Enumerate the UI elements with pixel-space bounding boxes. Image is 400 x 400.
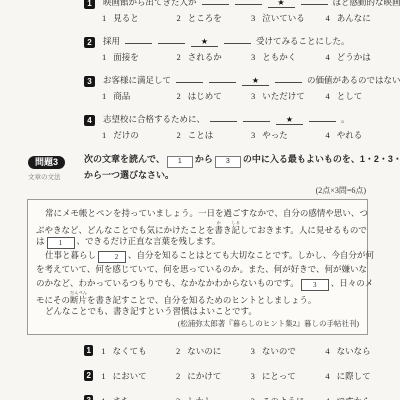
option-text: において	[113, 371, 147, 381]
option-number: 1	[102, 51, 106, 64]
option-number: 1	[101, 345, 105, 358]
stem-text: ほど感動的な映画なのだろう。	[333, 0, 400, 7]
option-4: 4に際して	[325, 370, 400, 383]
option-text: ともかく	[262, 52, 296, 62]
option-text: やった	[262, 130, 288, 140]
star-blank-line: ★	[191, 37, 218, 47]
option-text: このように	[262, 396, 305, 400]
options-row: 1だけの2ことは3やった4やれる	[84, 129, 400, 142]
option-3: 3ないので	[251, 345, 326, 358]
question-stem: 4志望校に合格するために、★。	[84, 112, 400, 125]
instruction-text: の中に入る最もよいものを、1・2・3・4	[243, 154, 400, 164]
option-1: 1なくても	[101, 345, 176, 358]
passage-segment: を考えていて、何を感じていて、何を思っているのか。また、何が好きで、何が嫌いな	[36, 264, 367, 274]
options-row: 1面接を2されるか3ともかく4どうかは	[84, 51, 400, 64]
passage-segment: どんなことでも、書き記すという習慣はよいことです。	[45, 306, 257, 316]
passage-line: ぶやきなど、どんなことでも気にかけたことを書かき記しるしておきます。人に見せるも…	[36, 220, 359, 234]
blank-line	[301, 0, 328, 5]
question-number-badge: 4	[84, 115, 95, 126]
passage-segment: 、自分を知ることはとても大切なことです。しかし、今自分が何	[128, 250, 374, 260]
passage-line: モにその断片だんぺんを書き記すことで、自分を知るためのヒントとしましょう。	[36, 290, 359, 304]
question-number-badge: 2	[84, 370, 93, 381]
option-number: 2	[176, 345, 180, 358]
section3-header: 問題3 文章の文法 次の文章を読んで、1から3の中に入る最もよいものを、1・2・…	[28, 152, 400, 183]
passage-line: 常にメモ帳とペンを持っていましょう。一日を過ごすなかで、自分の感情や思い、つ	[36, 206, 359, 220]
option-text: ことは	[188, 130, 214, 140]
answer-row-2: 21において2にかけて3にとって4に際して	[84, 370, 400, 383]
option-text: 商品	[113, 91, 130, 101]
blank-line	[235, 0, 262, 5]
option-text: しかし	[187, 396, 213, 400]
option-number: 1	[102, 90, 106, 103]
option-text: あんなに	[337, 13, 371, 23]
grammar-question-list: 1映画館から出てきた人が★ほど感動的な映画なのだろう。1見ると2ところを3泣いて…	[0, 0, 400, 142]
options-row: 1商品2はじめて3いただけて4として	[84, 90, 400, 103]
grammar-question-4: 4志望校に合格するために、★。1だけの2ことは3やった4やれる	[84, 112, 400, 142]
furigana-word: 記しる	[232, 225, 241, 235]
option-number: 2	[177, 12, 181, 25]
question-number-badge: 2	[84, 37, 95, 48]
option-1: 1面接を	[102, 51, 177, 64]
option-text: として	[337, 91, 363, 101]
answer-row-1: 11なくても2ないのに3ないので4ないなら	[84, 345, 400, 358]
blank-line	[158, 34, 185, 44]
stem-text: 映画館から出てきた人が	[103, 0, 197, 7]
option-text: ないので	[262, 346, 296, 356]
option-number: 2	[177, 51, 181, 64]
option-number: 1	[102, 129, 106, 142]
option-4: 4あんなに	[326, 12, 400, 25]
blank-line	[202, 0, 229, 5]
option-text: いただけて	[262, 91, 305, 101]
option-number: 4	[325, 345, 329, 358]
question-number-badge: 3	[84, 76, 95, 87]
option-text: はじめて	[188, 91, 222, 101]
option-text: に際して	[337, 371, 371, 381]
option-number: 1	[102, 12, 106, 25]
passage-segment: 仕事と暮らし	[45, 250, 96, 260]
stem-text: 採用	[103, 36, 120, 46]
option-4: 4やれる	[326, 129, 400, 142]
option-3: 3にとって	[251, 370, 326, 383]
option-text: ところを	[188, 13, 222, 23]
option-text: ないのに	[187, 346, 221, 356]
option-number: 4	[326, 90, 330, 103]
stem-text: 。	[341, 114, 350, 124]
option-3: 3泣いている	[251, 12, 326, 25]
grammar-question-3: 3お客様に満足して★の価値があるのではないだろうか。1商品2はじめて3いただけて…	[84, 73, 400, 103]
question-stem: 2採用★受けてみることにした。	[84, 34, 400, 47]
option-4: 4ですから	[325, 395, 400, 400]
option-2: 2されるか	[177, 51, 252, 64]
option-number: 3	[251, 370, 255, 383]
option-number: 2	[177, 90, 181, 103]
instruction-text-line2: から一つ選びなさい。	[84, 170, 174, 180]
option-text: なくても	[113, 346, 147, 356]
option-number: 4	[325, 395, 329, 400]
option-number: 4	[326, 12, 330, 25]
inline-number-box-1: 1	[167, 156, 193, 168]
star-blank-line: ★	[242, 76, 269, 86]
option-number: 3	[251, 51, 255, 64]
question-stem: 3お客様に満足して★の価値があるのではないだろうか。	[84, 73, 400, 86]
inline-number-box-3: 3	[215, 156, 241, 168]
option-text: ないなら	[337, 346, 371, 356]
section3-instruction: 次の文章を読んで、1から3の中に入る最もよいものを、1・2・3・4 から一つ選び…	[84, 152, 400, 183]
option-3: 3ともかく	[251, 51, 326, 64]
option-1: 1において	[101, 370, 176, 383]
option-text: どうかは	[337, 52, 371, 62]
option-number: 1	[101, 370, 105, 383]
option-3: 3やった	[251, 129, 326, 142]
option-1: 1見ると	[102, 12, 177, 25]
option-number: 4	[325, 370, 329, 383]
option-1: 1だけの	[102, 129, 177, 142]
points-note: (2点×3問=6点)	[0, 185, 366, 196]
option-number: 1	[101, 395, 105, 400]
passage-box: 常にメモ帳とペンを持っていましょう。一日を過ごすなかで、自分の感情や思い、つぶや…	[27, 199, 368, 335]
passage-line: を考えていて、何を感じていて、何を思っているのか。また、何が好きで、何が嫌いな	[36, 262, 359, 276]
option-4: 4ないなら	[325, 345, 400, 358]
option-2: 2しかし	[176, 395, 251, 400]
blank-line	[176, 73, 203, 83]
answer-row-3: 31また2しかし3このように4ですから	[84, 395, 400, 400]
option-text: やれる	[337, 130, 363, 140]
option-2: 2ことは	[177, 129, 252, 142]
blank-line	[209, 73, 236, 83]
option-2: 2にかけて	[176, 370, 251, 383]
option-number: 3	[251, 345, 255, 358]
stem-text: の価値があるのではないだろうか。	[307, 75, 400, 85]
option-2: 2はじめて	[177, 90, 252, 103]
option-number: 3	[251, 395, 255, 400]
option-4: 4どうかは	[326, 51, 400, 64]
option-number: 3	[251, 90, 255, 103]
section3-sublabel: 文章の文法	[28, 172, 84, 181]
option-text: にかけて	[187, 371, 221, 381]
passage-citation: (松浦弥太郎著『暮らしのヒント集2』暮しの手帖社刊)	[36, 318, 359, 330]
passage-segment: 、日々のメ	[331, 278, 374, 288]
passage-line: のかなど、わかっているつもりでも、なかなかわからないものです。3、日々のメ	[36, 276, 359, 290]
star-blank-line: ★	[276, 115, 303, 125]
option-number: 4	[326, 129, 330, 142]
passage-segment: しておきます。人に見せるもので	[240, 225, 367, 235]
option-text: されるか	[188, 52, 222, 62]
option-3: 3このように	[251, 395, 326, 400]
stem-text: 志望校に合格するために、	[103, 114, 205, 124]
question-number-badge: 1	[84, 345, 93, 356]
passage-line: 仕事と暮らし2、自分を知ることはとても大切なことです。しかし、今自分が何	[36, 248, 359, 262]
option-2: 2ないのに	[176, 345, 251, 358]
option-2: 2ところを	[177, 12, 252, 25]
option-4: 4として	[326, 90, 400, 103]
blank-line	[309, 112, 336, 122]
instruction-text: から	[195, 154, 213, 164]
option-text: 面接を	[113, 52, 139, 62]
question-stem: 1映画館から出てきた人が★ほど感動的な映画なのだろう。	[84, 0, 400, 8]
option-text: にとって	[262, 371, 296, 381]
passage-segment: 、できるだけ正直な言葉を残します。	[77, 236, 221, 246]
blank-line	[275, 73, 302, 83]
option-text: 見ると	[113, 13, 139, 23]
option-number: 2	[177, 129, 181, 142]
option-text: ですから	[337, 396, 371, 400]
option-text: 泣いている	[262, 13, 305, 23]
option-number: 2	[176, 370, 180, 383]
options-row: 1見ると2ところを3泣いている4あんなに	[84, 12, 400, 25]
option-3: 3いただけて	[251, 90, 326, 103]
stem-text: お客様に満足して	[103, 75, 171, 85]
grammar-question-1: 1映画館から出てきた人が★ほど感動的な映画なのだろう。1見ると2ところを3泣いて…	[84, 0, 400, 25]
option-text: また	[113, 396, 130, 400]
passage-segment: 常にメモ帳とペンを持っていましょう。一日を過ごすなかで、自分の感情や思い、つ	[45, 208, 368, 218]
blank-line	[125, 34, 152, 44]
question-number-badge: 1	[84, 0, 95, 9]
blank-number-box-3: 3	[301, 279, 329, 291]
blank-line	[210, 112, 237, 122]
passage-segment: のかなど、わかっているつもりでも、なかなかわからないものです。	[36, 278, 299, 288]
test-page: 1映画館から出てきた人が★ほど感動的な映画なのだろう。1見ると2ところを3泣いて…	[0, 0, 400, 400]
question-number-badge: 3	[84, 395, 93, 400]
grammar-question-2: 2採用★受けてみることにした。1面接を2されるか3ともかく4どうかは	[84, 34, 400, 64]
instruction-text: 次の文章を読んで、	[84, 154, 165, 164]
section3-badge-column: 問題3 文章の文法	[28, 152, 84, 183]
option-text: だけの	[113, 130, 139, 140]
option-1: 1商品	[102, 90, 177, 103]
passage-text: 常にメモ帳とペンを持っていましょう。一日を過ごすなかで、自分の感情や思い、つぶや…	[36, 206, 359, 318]
passage-segment: は	[36, 236, 45, 246]
blank-line	[224, 34, 251, 44]
passage-segment: き	[223, 225, 232, 235]
stem-text: 受けてみることにした。	[256, 36, 350, 46]
blank-line	[243, 112, 270, 122]
star-blank-line: ★	[268, 0, 295, 8]
option-number: 3	[251, 129, 255, 142]
option-number: 3	[251, 12, 255, 25]
section3-badge: 問題3	[28, 156, 65, 169]
answer-option-list: 11なくても2ないのに3ないので4ないなら21において2にかけて3にとって4に際…	[0, 345, 400, 400]
option-1: 1また	[101, 395, 176, 400]
option-number: 2	[176, 395, 180, 400]
option-number: 4	[326, 51, 330, 64]
